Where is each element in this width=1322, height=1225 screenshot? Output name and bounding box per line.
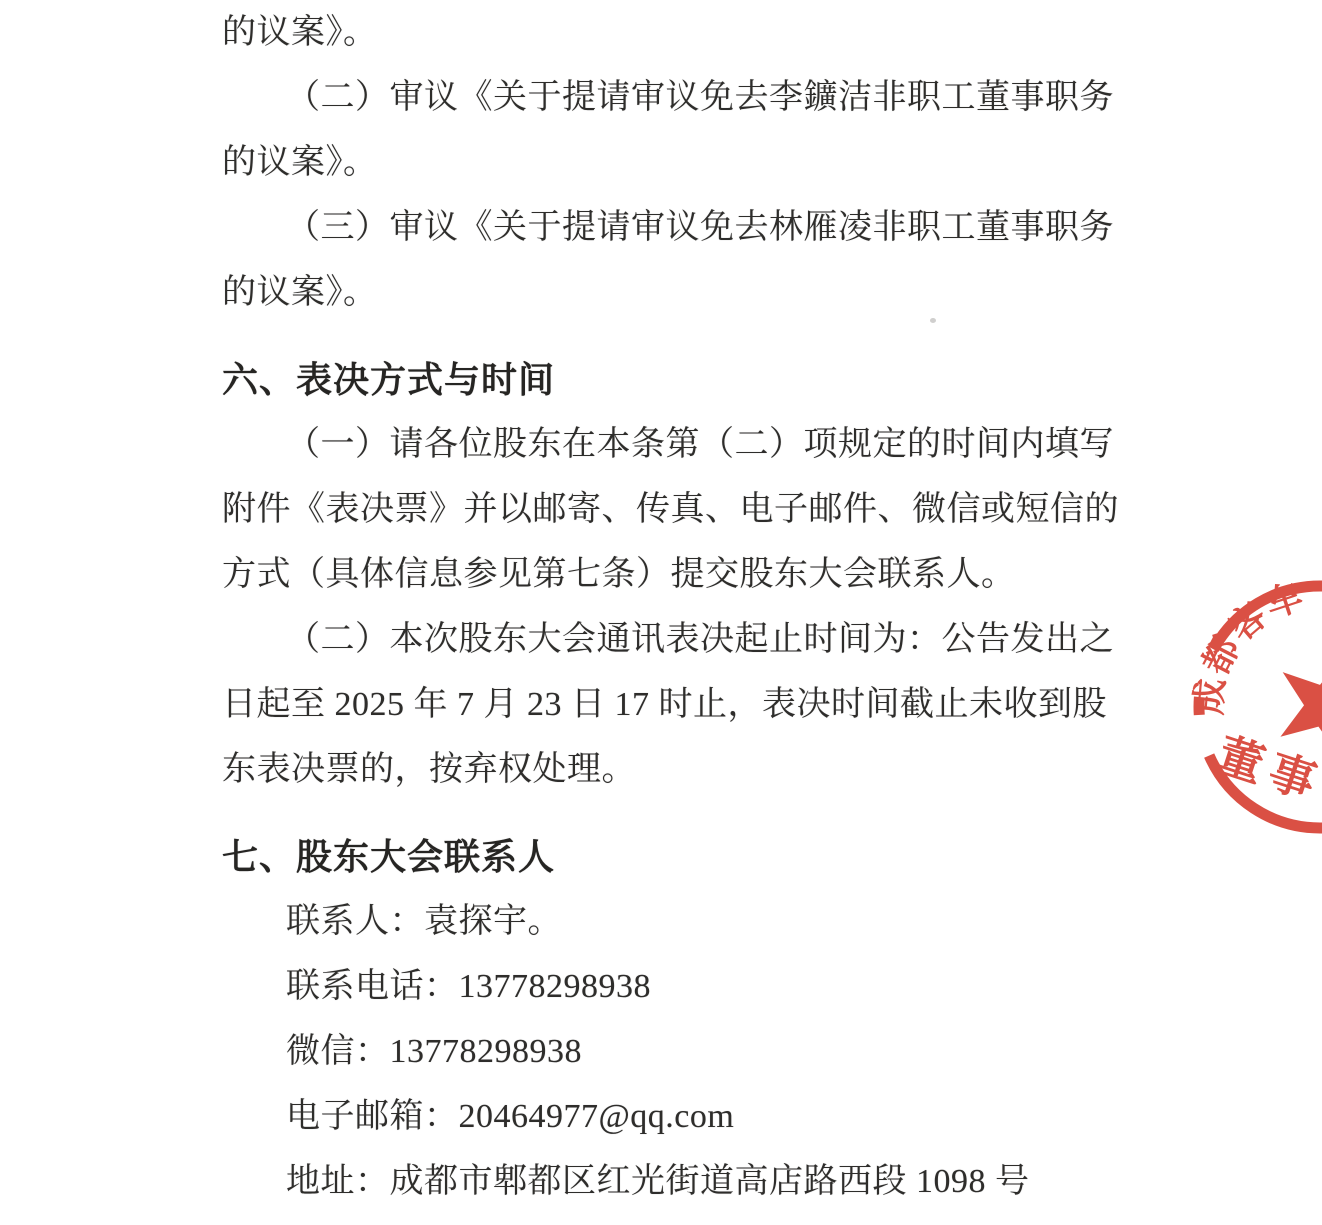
doc-line: （二）本次股东大会通讯表决起止时间为：公告发出之 <box>222 607 1122 672</box>
doc-line: 的议案》。 <box>222 260 1122 325</box>
svg-text:成都客车: 成都客车 <box>1188 575 1310 717</box>
document-page: 的议案》。 （二）审议《关于提请审议免去李鑛洁非职工董事职务 的议案》。 （三）… <box>0 0 1322 1225</box>
doc-line: 日起至 2025 年 7 月 23 日 17 时止，表决时间截止未收到股 <box>222 672 1122 737</box>
contact-address-line: 地址：成都市郫都区红光街道高店路西段 1098 号 <box>222 1149 1122 1214</box>
seal-center-text: 董事 <box>1211 728 1322 811</box>
contact-phone-line: 联系电话：13778298938 <box>222 954 1122 1019</box>
scan-artifact-speck <box>930 318 936 323</box>
document-text-block: 的议案》。 （二）审议《关于提请审议免去李鑛洁非职工董事职务 的议案》。 （三）… <box>222 0 1122 1214</box>
seal-ring <box>1199 586 1322 828</box>
doc-line: 东表决票的，按弃权处理。 <box>222 737 1122 802</box>
section-heading-six: 六、表决方式与时间 <box>222 347 1122 412</box>
doc-line: 的议案》。 <box>222 130 1122 195</box>
doc-line: 的议案》。 <box>222 0 1122 65</box>
doc-line: 方式（具体信息参见第七条）提交股东大会联系人。 <box>222 542 1122 607</box>
contact-person-line: 联系人：袁探宇。 <box>222 889 1122 954</box>
doc-line: 附件《表决票》并以邮寄、传真、电子邮件、微信或短信的 <box>222 477 1122 542</box>
doc-line: （三）审议《关于提请审议免去林雁凌非职工董事职务 <box>222 195 1122 260</box>
section-heading-seven: 七、股东大会联系人 <box>222 824 1122 889</box>
seal-star-icon <box>1262 636 1322 765</box>
doc-line: （二）审议《关于提请审议免去李鑛洁非职工董事职务 <box>222 65 1122 130</box>
contact-email-line: 电子邮箱：20464977@qq.com <box>222 1084 1122 1149</box>
seal-arc-text: 成都客车 <box>1188 575 1310 717</box>
doc-line: （一）请各位股东在本条第（二）项规定的时间内填写 <box>222 412 1122 477</box>
contact-wechat-line: 微信：13778298938 <box>222 1019 1122 1084</box>
